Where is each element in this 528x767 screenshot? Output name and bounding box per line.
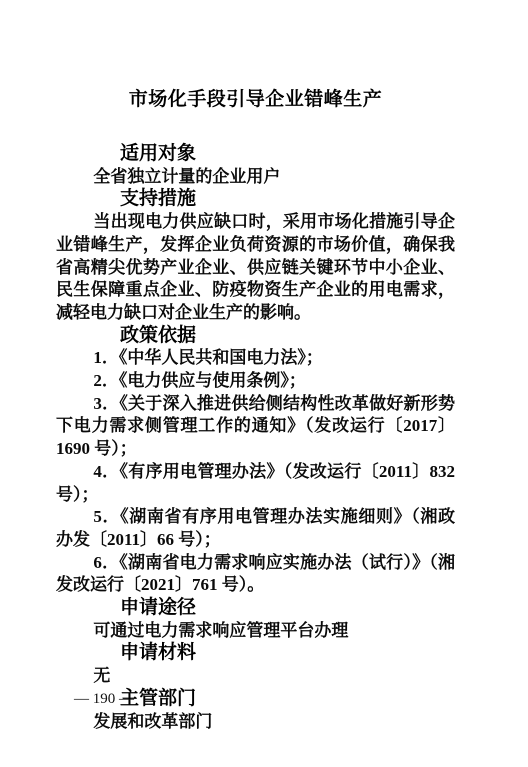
paragraph-application-materials: 无: [56, 665, 455, 688]
heading-support-measures: 支持措施: [56, 188, 455, 211]
paragraph-application-channel: 可通过电力需求响应管理平台办理: [56, 620, 455, 643]
document-content: 市场化手段引导企业错峰生产 适用对象 全省独立计量的企业用户 支持措施 当出现电…: [56, 88, 455, 733]
paragraph-responsible-department: 发展和改革部门: [56, 711, 455, 734]
page-number: — 190 —: [74, 691, 134, 707]
policy-item-5: 5．《湖南省有序用电管理办法实施细则》（湘政办发〔2011〕66 号）；: [56, 506, 455, 551]
document-title: 市场化手段引导企业错峰生产: [56, 88, 455, 111]
policy-item-3: 3．《关于深入推进供给侧结构性改革做好新形势下电力需求侧管理工作的通知》（发改运…: [56, 393, 455, 461]
paragraph-applicable-targets: 全省独立计量的企业用户: [56, 166, 455, 189]
document-page: 市场化手段引导企业错峰生产 适用对象 全省独立计量的企业用户 支持措施 当出现电…: [0, 0, 528, 767]
policy-item-2: 2．《电力供应与使用条例》；: [56, 370, 455, 393]
paragraph-support-measures: 当出现电力供应缺口时，采用市场化措施引导企业错峰生产，发挥企业负荷资源的市场价值…: [56, 211, 455, 325]
heading-application-materials: 申请材料: [56, 642, 455, 665]
section-application-channel: 申请途径 可通过电力需求响应管理平台办理: [56, 597, 455, 642]
heading-application-channel: 申请途径: [56, 597, 455, 620]
section-applicable-targets: 适用对象 全省独立计量的企业用户: [56, 143, 455, 188]
section-application-materials: 申请材料 无: [56, 642, 455, 687]
section-policy-basis: 政策依据 1．《中华人民共和国电力法》； 2．《电力供应与使用条例》； 3．《关…: [56, 325, 455, 597]
policy-item-6: 6．《湖南省电力需求响应实施办法（试行）》（湘发改运行〔2021〕761 号）。: [56, 552, 455, 597]
section-support-measures: 支持措施 当出现电力供应缺口时，采用市场化措施引导企业错峰生产，发挥企业负荷资源…: [56, 188, 455, 324]
heading-policy-basis: 政策依据: [56, 325, 455, 348]
policy-item-4: 4．《有序用电管理办法》（发改运行〔2011〕832 号）；: [56, 461, 455, 506]
policy-item-1: 1．《中华人民共和国电力法》；: [56, 347, 455, 370]
heading-applicable-targets: 适用对象: [56, 143, 455, 166]
